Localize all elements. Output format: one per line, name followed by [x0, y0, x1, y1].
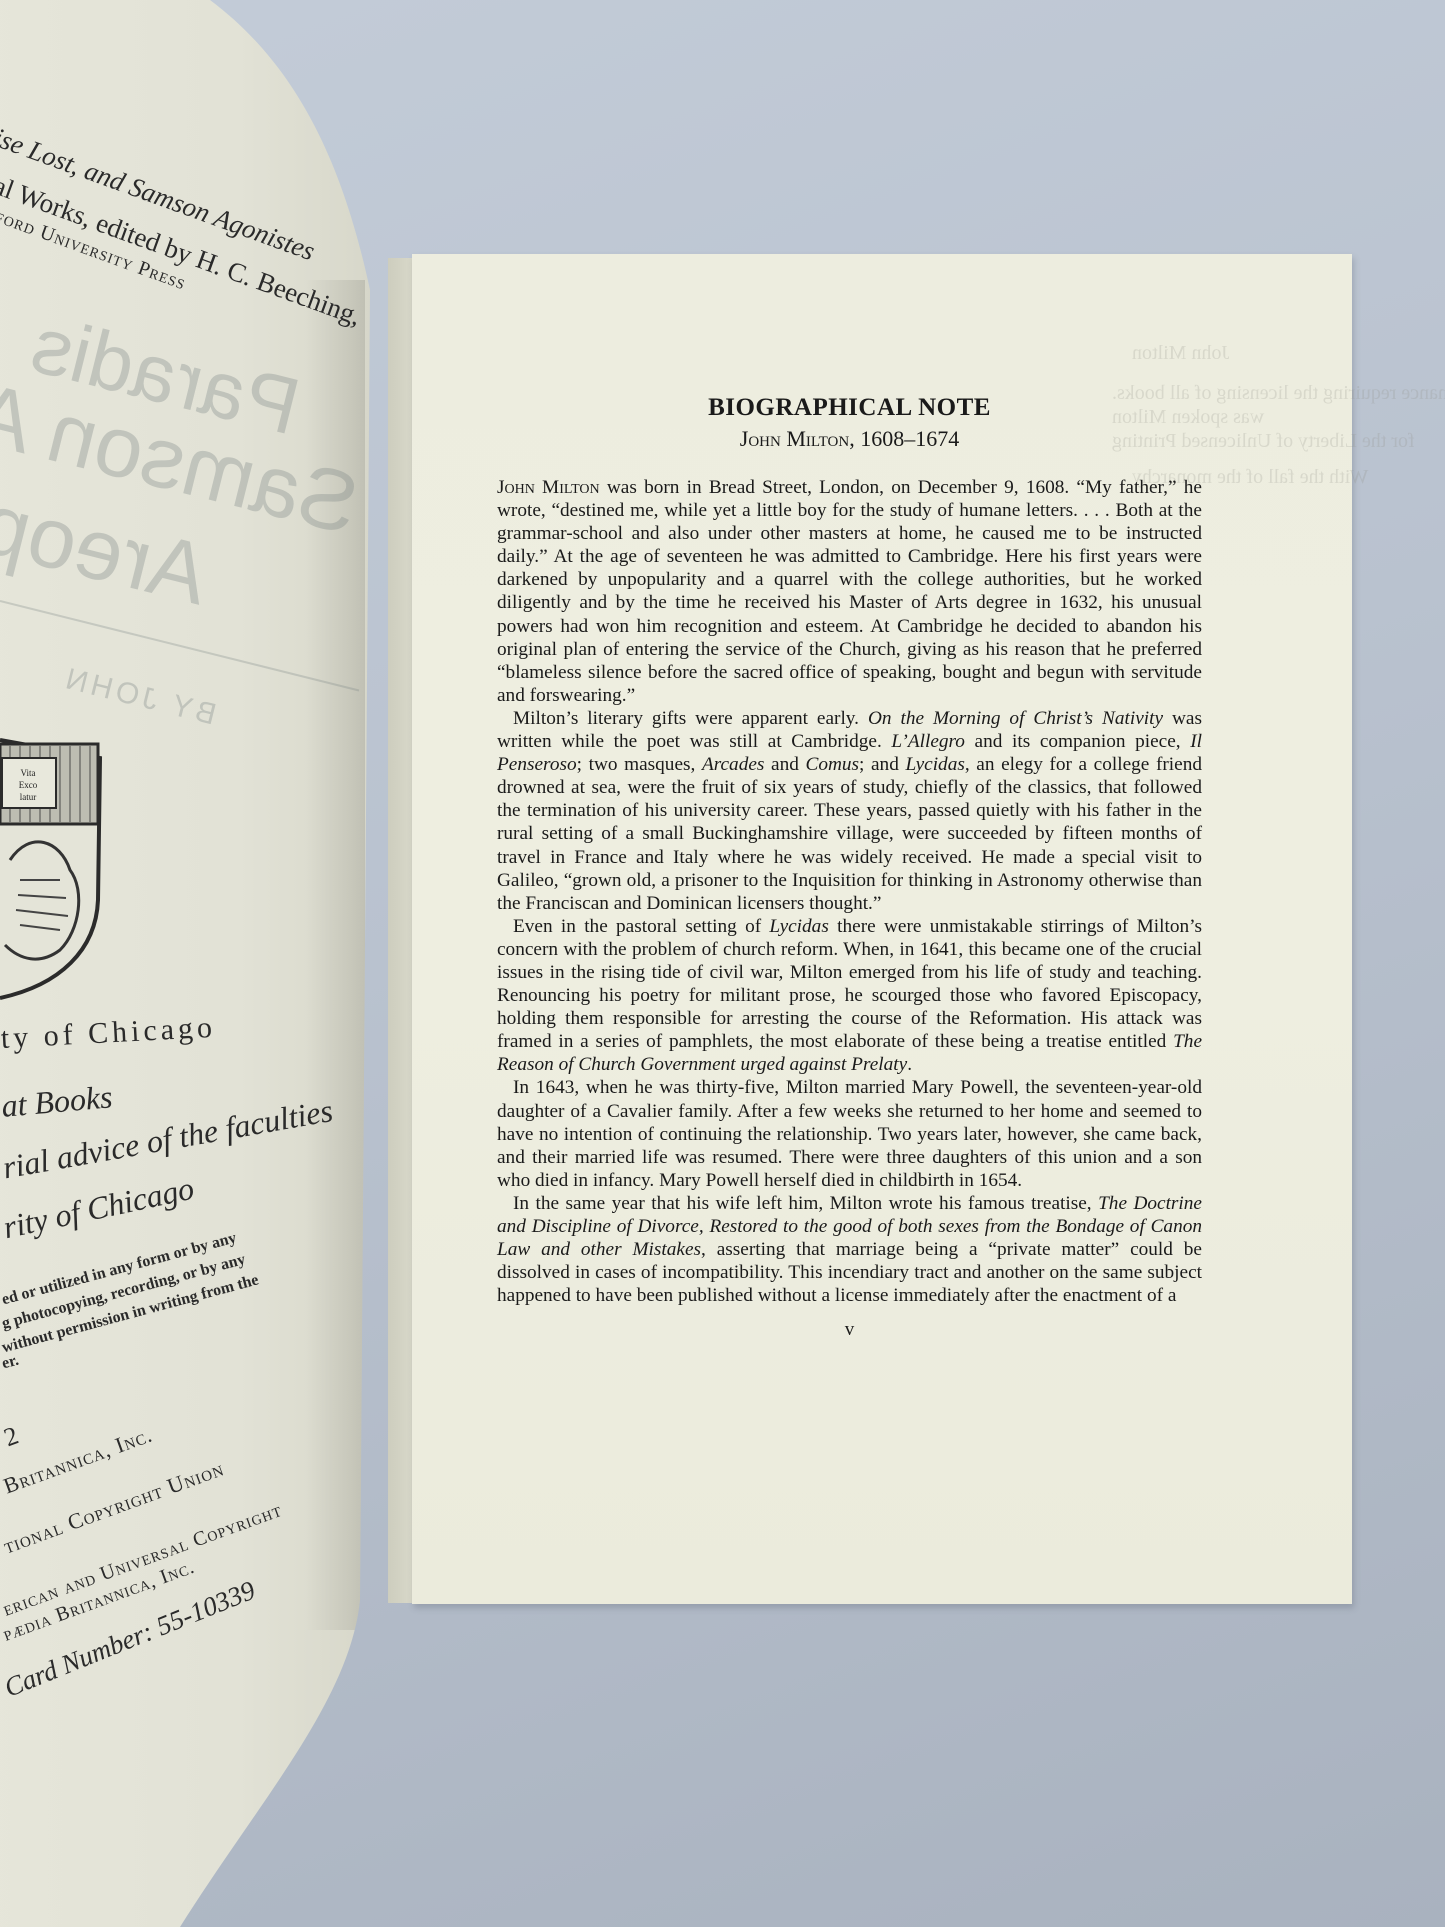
text-run: Milton’s literary gifts were apparent ea… [513, 708, 868, 729]
ghost-byline: BY JOHN [58, 661, 219, 732]
rights-line-4: er. [0, 1352, 21, 1374]
page-number: v [497, 1319, 1202, 1341]
italic-title: Arcades [702, 754, 764, 775]
right-page: John Milton new ordinance requiring the … [412, 254, 1352, 1604]
series-line-1: at Books [0, 1078, 114, 1125]
paragraph-5: In the same year that his wife left him,… [497, 1192, 1202, 1307]
university-crest-icon: Vita Exco latur [0, 730, 110, 1000]
publisher-line: ty of Chicago [0, 1011, 217, 1056]
copyright-year: 2 [0, 1421, 22, 1454]
text-run: , an elegy for a college friend drowned … [497, 754, 1202, 914]
text-run: and its companion piece, [965, 731, 1190, 752]
left-page: ise Lost, and Samson Agonistes al Works,… [0, 0, 420, 1927]
italic-title: Comus [805, 754, 859, 775]
bleed-through-1: John Milton [1132, 342, 1229, 365]
paragraph-1-text: was born in Bread Street, London, on Dec… [497, 477, 1202, 706]
paragraph-2: Milton’s literary gifts were apparent ea… [497, 707, 1202, 915]
paragraph-4: In 1643, when he was thirty-five, Milton… [497, 1076, 1202, 1191]
svg-text:Vita: Vita [21, 768, 36, 778]
italic-title: L’Allegro [891, 731, 965, 752]
paragraph-1: John Milton was born in Bread Street, Lo… [497, 476, 1202, 707]
page-content: BIOGRAPHICAL NOTE John Milton, 1608–1674… [497, 394, 1202, 1341]
text-run: In 1643, when he was thirty-five, Milton… [497, 1077, 1202, 1190]
paragraph-3: Even in the pastoral setting of Lycidas … [497, 915, 1202, 1077]
text-run: In the same year that his wife left him,… [513, 1193, 1098, 1214]
lead-smallcaps: John Milton [497, 477, 600, 498]
text-run: and [764, 754, 805, 775]
page-title: BIOGRAPHICAL NOTE [497, 394, 1202, 422]
svg-text:latur: latur [20, 792, 37, 802]
italic-title: Lycidas [905, 754, 964, 775]
svg-text:Exco: Exco [19, 780, 38, 790]
text-run: ; and [859, 754, 905, 775]
text-run: . [907, 1054, 912, 1075]
text-run: ; two masques, [577, 754, 702, 775]
italic-title: Lycidas [769, 916, 828, 937]
page-subtitle: John Milton, 1608–1674 [497, 426, 1202, 452]
italic-title: On the Morning of Christ’s Nativity [868, 708, 1163, 729]
text-run: Even in the pastoral setting of [513, 916, 769, 937]
